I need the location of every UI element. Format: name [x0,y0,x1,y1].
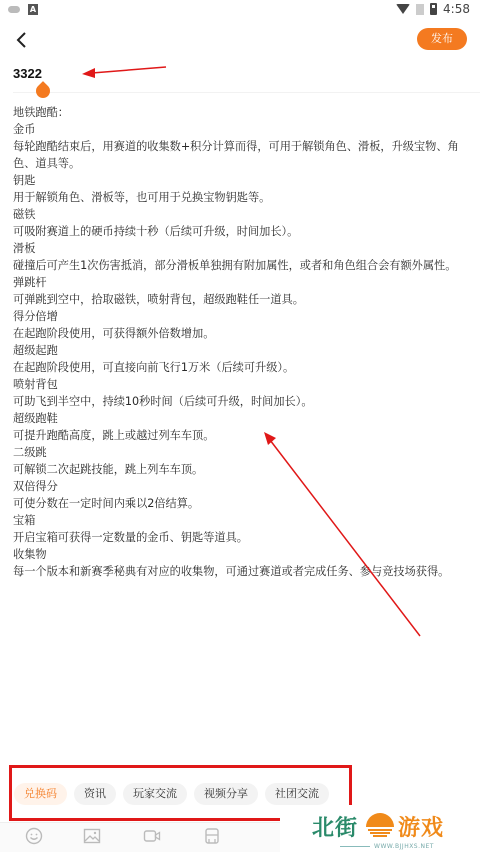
cloud-icon [8,6,20,13]
body-line: 用于解锁角色、滑板等，也可用于兑换宝物钥匙等。 [13,189,473,206]
body-line: 在起跑阶段使用，可直接向前飞行1万米（后续可升级）。 [13,359,473,376]
body-line: 地铁跑酷： [13,104,473,121]
back-button[interactable] [12,30,32,50]
body-line: 可吸附赛道上的硬币持续十秒（后续可升级，时间加长）。 [13,223,473,240]
body-line: 可解锁二次起跳技能，跳上列车车顶。 [13,461,473,478]
topic-tags: 兑换码资讯玩家交流视频分享社团交流 [14,783,329,805]
body-line: 超级起跑 [13,342,473,359]
body-line: 双倍得分 [13,478,473,495]
post-title-input[interactable]: 3322 [13,66,42,81]
watermark-left-text: 北街 [312,811,358,842]
body-line: 钥匙 [13,172,473,189]
tag-chip[interactable]: 视频分享 [194,783,258,805]
watermark-logo: 北街 游戏 WWW.BJJHXS.NET [280,805,480,852]
body-line: 超级跑鞋 [13,410,473,427]
publish-button[interactable]: 发布 [417,28,467,50]
body-line: 得分倍增 [13,308,473,325]
body-line: 碰撞后可产生1次伤害抵消，部分滑板单独拥有附加属性，或者和角色组合会有额外属性。 [13,257,473,274]
body-line: 可助飞到半空中，持续10秒时间（后续可升级，时间加长）。 [13,393,473,410]
watermark-right-text: 游戏 [398,811,444,842]
battery-icon [430,3,437,15]
body-line: 磁铁 [13,206,473,223]
body-line: 弹跳杆 [13,274,473,291]
app-a-icon: A [28,4,38,15]
body-line: 可使分数在一定时间内乘以2倍结算。 [13,495,473,512]
body-line: 每一个版本和新赛季秘典有对应的收集物，可通过赛道或者完成任务、参与竞技场获得。 [13,563,473,580]
body-line: 收集物 [13,546,473,563]
body-line: 二级跳 [13,444,473,461]
tag-chip[interactable]: 玩家交流 [123,783,187,805]
sun-logo-icon [364,811,396,839]
body-line: 可提升跑酷高度，跳上或越过列车车顶。 [13,427,473,444]
body-line: 可弹跳到空中，拾取磁铁，喷射背包，超级跑鞋任一道具。 [13,291,473,308]
body-line: 在起跑阶段使用，可获得额外倍数增加。 [13,325,473,342]
top-bar: 发布 [0,22,480,62]
body-line: 金币 [13,121,473,138]
body-line: 喷射背包 [13,376,473,393]
watermark-url: WWW.BJJHXS.NET [320,843,450,852]
video-icon[interactable] [143,827,161,845]
tag-chip[interactable]: 社团交流 [265,783,329,805]
status-bar: A 4:58 [0,0,480,20]
tag-chip[interactable]: 资讯 [74,783,116,805]
body-line: 滑板 [13,240,473,257]
body-line: 宝箱 [13,512,473,529]
image-icon[interactable] [83,827,101,845]
body-line: 开启宝箱可获得一定数量的金币、钥匙等道具。 [13,529,473,546]
chevron-left-icon [12,30,32,50]
post-body-editor[interactable]: 地铁跑酷：金币每轮跑酷结束后，用赛道的收集数+积分计算而得，可用于解锁角色、滑板… [13,104,473,580]
text-cursor-handle[interactable] [33,81,53,101]
status-time: 4:58 [443,2,470,16]
wifi-icon [396,4,410,14]
body-line: 每轮跑酷结束后，用赛道的收集数+积分计算而得，可用于解锁角色、滑板，升级宝物、角… [13,138,473,172]
emoji-icon[interactable] [25,827,43,845]
game-icon[interactable] [203,827,221,845]
tag-chip[interactable]: 兑换码 [14,783,67,805]
title-divider [13,92,480,93]
no-sim-icon [416,4,424,15]
